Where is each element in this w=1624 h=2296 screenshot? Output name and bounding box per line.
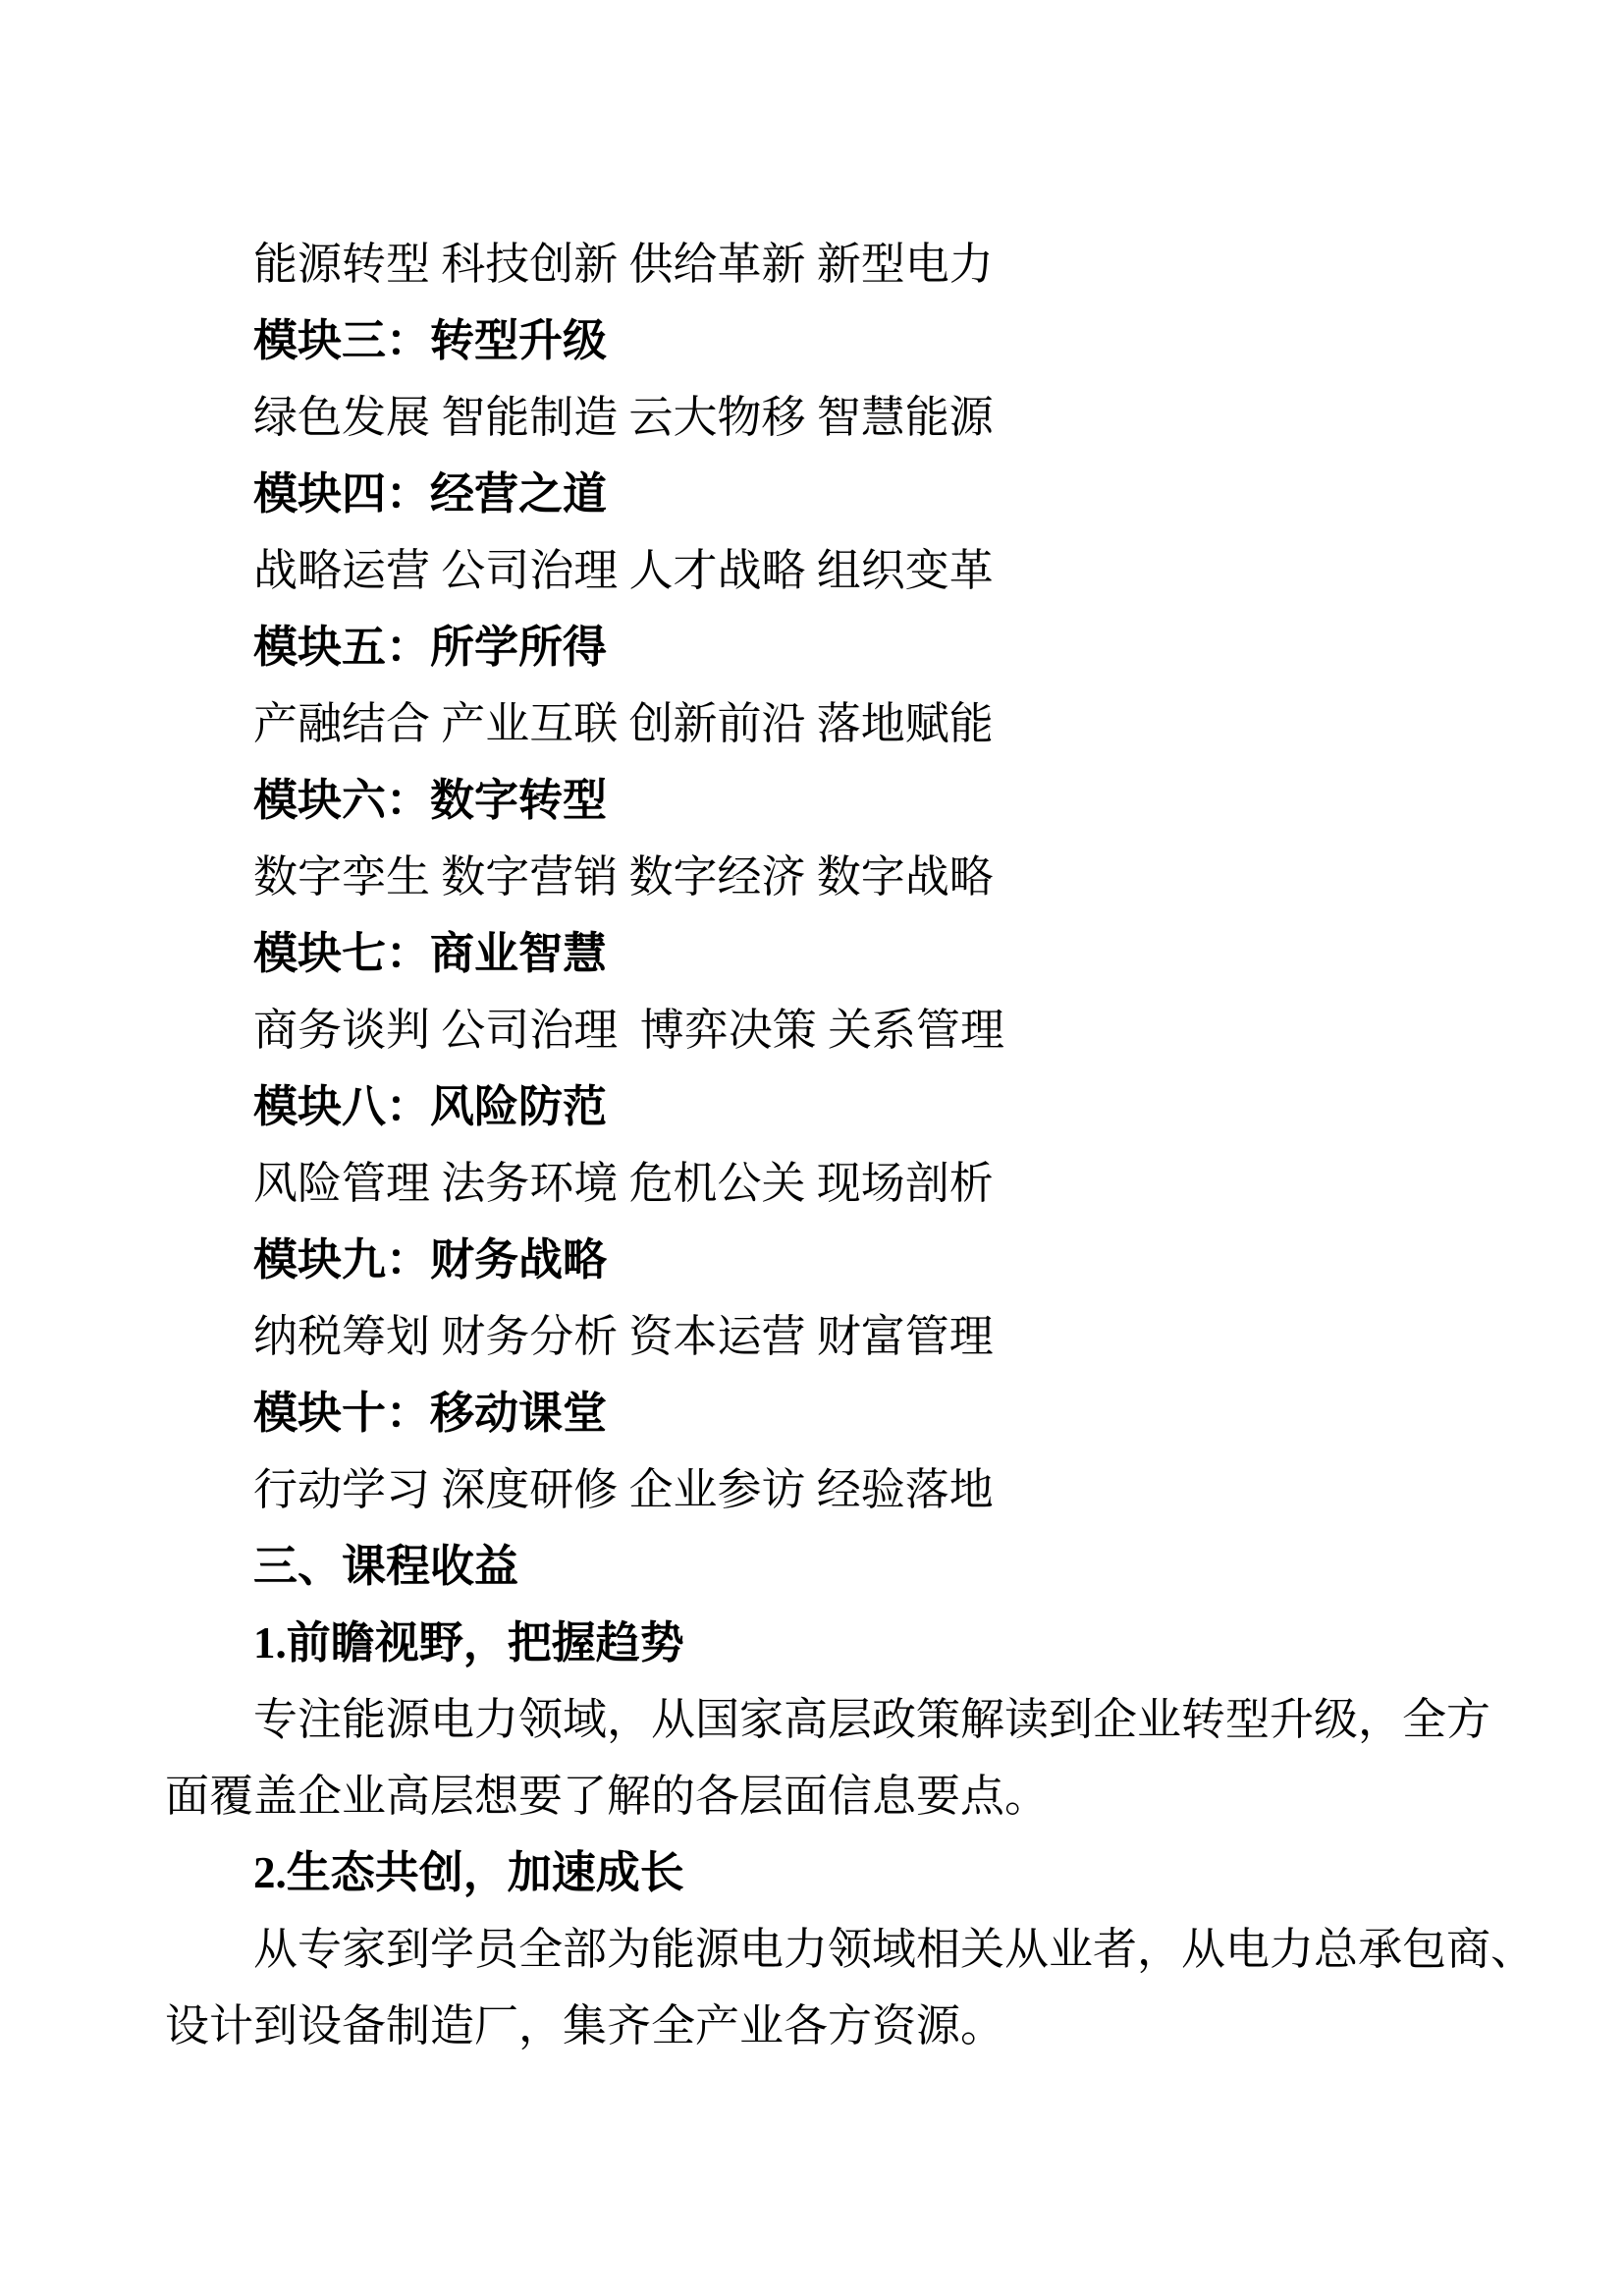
benefit2-heading: 2.生态共创，加速成长 bbox=[165, 1834, 1559, 1911]
module4-keywords-line: 战略运营 公司治理 人才战略 组织变革 bbox=[165, 532, 1559, 609]
benefit1-heading: 1.前瞻视野，把握趋势 bbox=[165, 1605, 1559, 1681]
module9-heading: 模块九：财务战略 bbox=[165, 1222, 1559, 1298]
module9-keywords-line: 纳税筹划 财务分析 资本运营 财富管理 bbox=[165, 1298, 1559, 1375]
document-page: 能源转型 科技创新 供给革新 新型电力模块三：转型升级绿色发展 智能制造 云大物… bbox=[0, 0, 1624, 2296]
module8-heading: 模块八：风险防范 bbox=[165, 1068, 1559, 1145]
module10-keywords-line: 行动学习 深度研修 企业参访 经验落地 bbox=[165, 1451, 1559, 1528]
module7-heading: 模块七：商业智慧 bbox=[165, 915, 1559, 992]
module8-keywords-line: 风险管理 法务环境 危机公关 现场剖析 bbox=[165, 1145, 1559, 1222]
module10-heading: 模块十：移动课堂 bbox=[165, 1375, 1559, 1451]
module7-keywords-line: 商务谈判 公司治理 博弈决策 关系管理 bbox=[165, 992, 1559, 1068]
module3-heading: 模块三：转型升级 bbox=[165, 302, 1559, 379]
document-text-block: 能源转型 科技创新 供给革新 新型电力模块三：转型升级绿色发展 智能制造 云大物… bbox=[165, 226, 1559, 2064]
module5-keywords-line: 产融结合 产业互联 创新前沿 落地赋能 bbox=[165, 685, 1559, 762]
module4-heading: 模块四：经营之道 bbox=[165, 456, 1559, 532]
benefit2-paragraph: 从专家到学员全部为能源电力领域相关从业者，从电力总承包商、 设计到设备制造厂，集… bbox=[165, 1911, 1559, 2064]
module2-keywords-line: 能源转型 科技创新 供给革新 新型电力 bbox=[165, 226, 1559, 302]
module5-heading: 模块五：所学所得 bbox=[165, 609, 1559, 685]
section-heading-benefits: 三、课程收益 bbox=[165, 1528, 1559, 1605]
module6-heading: 模块六：数字转型 bbox=[165, 762, 1559, 839]
module6-keywords-line: 数字孪生 数字营销 数字经济 数字战略 bbox=[165, 839, 1559, 915]
benefit1-paragraph: 专注能源电力领域，从国家高层政策解读到企业转型升级，全方 面覆盖企业高层想要了解… bbox=[165, 1681, 1559, 1834]
module3-keywords-line: 绿色发展 智能制造 云大物移 智慧能源 bbox=[165, 379, 1559, 456]
